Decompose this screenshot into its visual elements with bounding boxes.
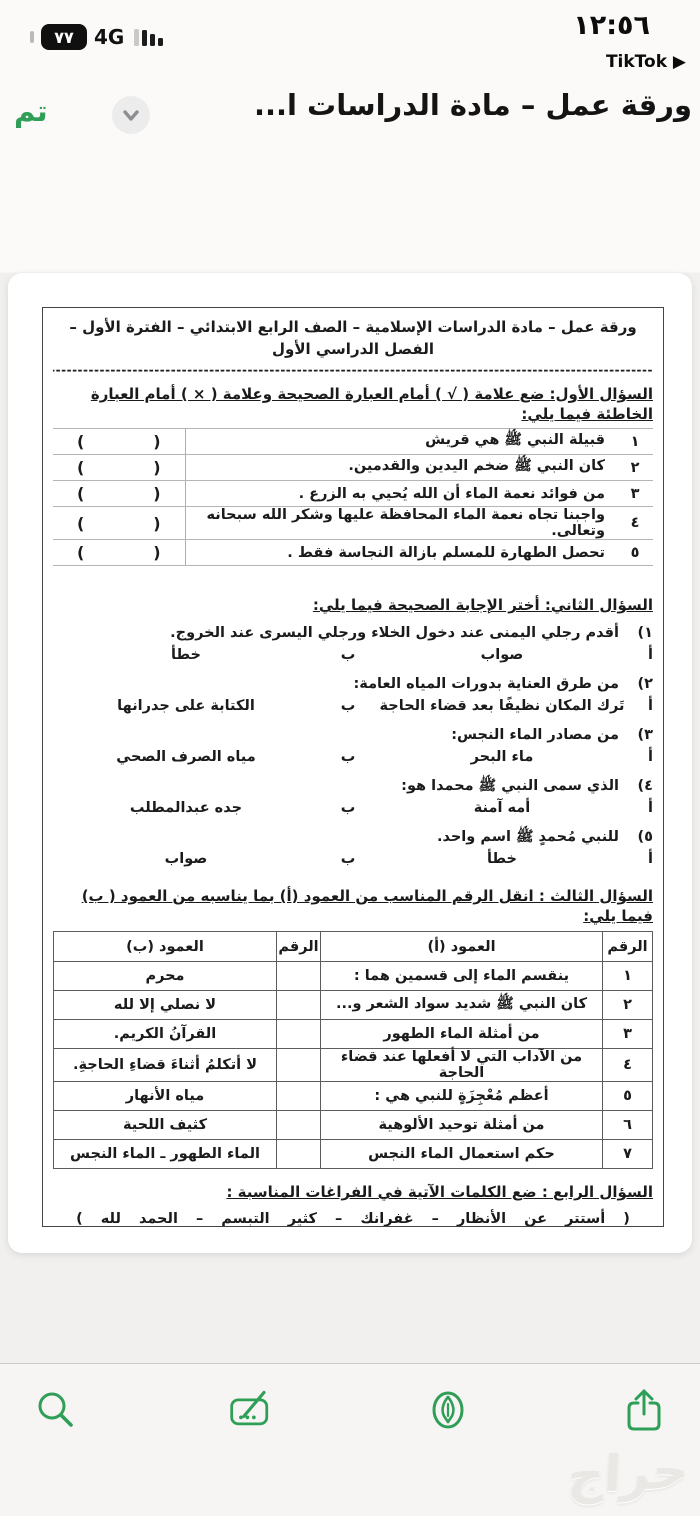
option-b-text: مياه الصرف الصحي: [53, 747, 319, 768]
question-text: للنبي مُحمدٍ ﷺ اسم واحد.: [437, 827, 619, 848]
mcq-item: ٤)الذي سمى النبي ﷺ محمدا هو: أ أمه آمنة …: [53, 776, 653, 819]
table-row: ٦من أمثلة توحيد الألوهية كثيف اللحية: [54, 1111, 653, 1140]
question4-block: السؤال الرابع : ضع الكلمات الآتية في الف…: [53, 1182, 653, 1227]
table-row: ١ينقسم الماء إلى قسمين هما : محرم: [54, 962, 653, 991]
option-a-text: تَرك المكان نظيفًا بعد قضاء الحاجة: [377, 696, 627, 717]
statement-text: واجبنا تجاه نعمة الماء المحافظة عليها وش…: [185, 507, 617, 540]
statement-text: كان النبي ﷺ ضخم اليدين والقدمين.: [185, 455, 617, 481]
option-b-text: الكتابة على جدرانها: [53, 696, 319, 717]
row-number: ٤: [617, 507, 653, 540]
match-blank: [277, 962, 321, 991]
battery-icon: ٧٧: [41, 24, 87, 50]
column-header: العمود (ب): [54, 932, 277, 962]
dashed-divider: ----------------------------------------…: [53, 363, 653, 378]
table-row: ٢كان النبي ﷺ شديد سواد الشعر و... لا نصل…: [54, 991, 653, 1020]
network-type-label: 4G: [94, 25, 124, 49]
worksheet: ورقة عمل – مادة الدراسات الإسلامية – الص…: [42, 307, 664, 1227]
option-a-letter: أ: [627, 798, 653, 819]
option-b-text: جده عبدالمطلب: [53, 798, 319, 819]
item-number: ٢): [627, 674, 653, 695]
item-number: ١): [627, 623, 653, 644]
match-blank: [277, 1082, 321, 1111]
matching-table: الرقم العمود (أ) الرقم العمود (ب) ١ينقسم…: [53, 931, 653, 1169]
done-button[interactable]: تم: [14, 94, 48, 128]
answer-blank: (): [53, 429, 185, 455]
page-title: ورقة عمل – مادة الدراسات ا...: [160, 88, 692, 122]
match-blank: [277, 991, 321, 1020]
table-row: ٤من الآداب التي لا أفعلها عند قضاء الحاج…: [54, 1049, 653, 1082]
document-page[interactable]: ورقة عمل – مادة الدراسات الإسلامية – الص…: [8, 273, 692, 1253]
match-blank: [277, 1049, 321, 1082]
answer-blank: (): [53, 455, 185, 481]
option-a-letter: أ: [627, 747, 653, 768]
option-b-letter: ب: [319, 696, 377, 717]
question1-title: السؤال الأول: ضع علامة ( √ ) أمام العبار…: [53, 384, 653, 424]
status-indicators: ٧٧ 4G: [30, 24, 163, 50]
question-text: من مصادر الماء النجس:: [451, 725, 619, 746]
column-header: الرقم: [603, 932, 653, 962]
table-row: ٥ تحصل الطهارة للمسلم بازالة النجاسة فقط…: [53, 540, 653, 566]
option-b-letter: ب: [319, 747, 377, 768]
table-row: ٤ واجبنا تجاه نعمة الماء المحافظة عليها …: [53, 507, 653, 540]
question-text: الذي سمى النبي ﷺ محمدا هو:: [401, 776, 619, 797]
word-bank: ( أستتر عن الأنظار – غفرانك – كثير التبس…: [53, 1208, 653, 1227]
statement-text: من فوائد نعمة الماء أن الله يُحيي به الز…: [185, 481, 617, 507]
column-header: الرقم: [277, 932, 321, 962]
option-a-text: صواب: [377, 645, 627, 666]
row-number: ٥: [617, 540, 653, 566]
table-row: ٥أعظم مُعْجِزَةٍ للنبي هي : مياه الأنهار: [54, 1082, 653, 1111]
signature-markup-icon: [228, 1387, 276, 1433]
title-bar: تم ورقة عمل – مادة الدراسات ا...: [0, 84, 700, 156]
option-a-text: أمه آمنة: [377, 798, 627, 819]
row-number: ٢: [617, 455, 653, 481]
markup-pen-icon: [425, 1387, 471, 1433]
question2-title: السؤال الثاني: أختر الإجابة الصحيحة فيما…: [53, 595, 653, 615]
table-row: ٢ كان النبي ﷺ ضخم اليدين والقدمين. (): [53, 455, 653, 481]
row-number: ٣: [617, 481, 653, 507]
option-b-text: صواب: [53, 849, 319, 870]
item-number: ٣): [627, 725, 653, 746]
chevron-down-icon: [119, 103, 143, 127]
option-a-letter: أ: [627, 645, 653, 666]
answer-blank: (): [53, 507, 185, 540]
match-blank: [277, 1111, 321, 1140]
haraj-watermark: حراج: [566, 1441, 689, 1506]
screen: ١٢:٥٦ TikTok ▶ ٧٧ 4G تم ورقة عمل – مادة …: [0, 0, 700, 1516]
statement-text: تحصل الطهارة للمسلم بازالة النجاسة فقط .: [185, 540, 617, 566]
column-header: العمود (أ): [321, 932, 603, 962]
option-a-letter: أ: [627, 849, 653, 870]
status-bar: ١٢:٥٦ TikTok ▶ ٧٧ 4G: [0, 0, 700, 84]
bottom-toolbar: حراج: [0, 1363, 700, 1516]
return-to-app-banner[interactable]: TikTok ▶: [606, 52, 686, 72]
statement-text: قبيلة النبي ﷺ هي قريش: [185, 429, 617, 455]
table-row: ١ قبيلة النبي ﷺ هي قريش (): [53, 429, 653, 455]
match-blank: [277, 1020, 321, 1049]
mcq-item: ١)أقدم رجلي اليمنى عند دخول الخلاء ورجلي…: [53, 623, 653, 666]
share-icon: [621, 1387, 667, 1433]
item-number: ٤): [627, 776, 653, 797]
question4-title: السؤال الرابع : ضع الكلمات الآتية في الف…: [53, 1182, 653, 1202]
table-row: ٣من أمثلة الماء الطهور القرآنُ الكريم.: [54, 1020, 653, 1049]
answer-blank: (): [53, 481, 185, 507]
markup-pen-button[interactable]: [424, 1386, 472, 1434]
question1-table: ١ قبيلة النبي ﷺ هي قريش () ٢ كان النبي ﷺ…: [53, 428, 653, 566]
battery-cap-icon: [30, 31, 34, 43]
question-text: أقدم رجلي اليمنى عند دخول الخلاء ورجلي ا…: [170, 623, 619, 644]
option-b-letter: ب: [319, 798, 377, 819]
table-row: ٧حكم استعمال الماء النجس الماء الطهور ـ …: [54, 1140, 653, 1169]
question3-title: السؤال الثالث : انقل الرقم المناسب من ال…: [53, 886, 653, 926]
table-row: ٣ من فوائد نعمة الماء أن الله يُحيي به ا…: [53, 481, 653, 507]
answer-blank: (): [53, 540, 185, 566]
option-b-letter: ب: [319, 645, 377, 666]
chevron-down-button[interactable]: [112, 96, 150, 134]
item-number: ٥): [627, 827, 653, 848]
clock: ١٢:٥٦: [573, 10, 650, 41]
search-button[interactable]: [32, 1386, 80, 1434]
table-header-row: الرقم العمود (أ) الرقم العمود (ب): [54, 932, 653, 962]
option-a-text: ماء البحر: [377, 747, 627, 768]
match-blank: [277, 1140, 321, 1169]
signature-markup-button[interactable]: [228, 1386, 276, 1434]
row-number: ١: [617, 429, 653, 455]
mcq-item: ٥)للنبي مُحمدٍ ﷺ اسم واحد. أ خطأ ب صواب: [53, 827, 653, 870]
question-text: من طرق العناية بدورات المياه العامة:: [353, 674, 619, 695]
search-icon: [33, 1387, 79, 1433]
share-button[interactable]: [620, 1386, 668, 1434]
option-a-letter: أ: [627, 696, 653, 717]
mcq-item: ٢)من طرق العناية بدورات المياه العامة: أ…: [53, 674, 653, 717]
option-a-text: خطأ: [377, 849, 627, 870]
mcq-item: ٣)من مصادر الماء النجس: أ ماء البحر ب مي…: [53, 725, 653, 768]
signal-strength-icon: [134, 29, 163, 46]
option-b-letter: ب: [319, 849, 377, 870]
worksheet-header: ورقة عمل – مادة الدراسات الإسلامية – الص…: [53, 316, 653, 360]
option-b-text: خطأ: [53, 645, 319, 666]
